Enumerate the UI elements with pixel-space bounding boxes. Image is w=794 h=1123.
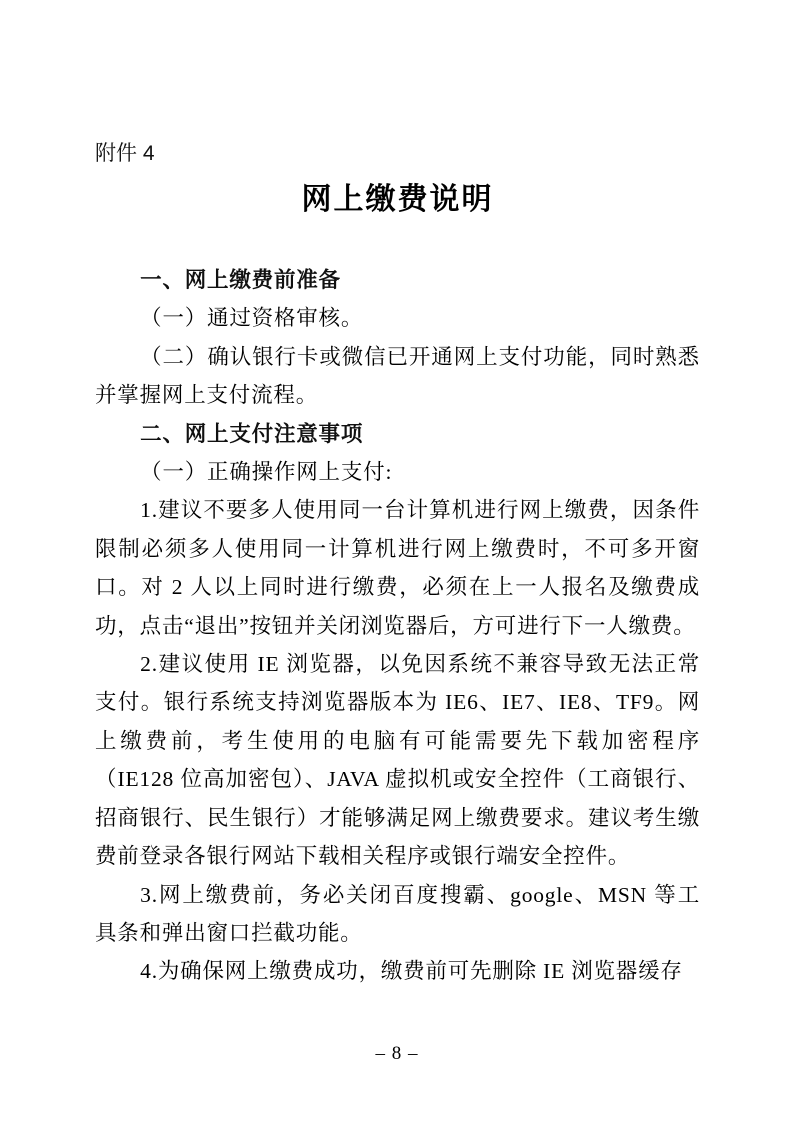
document-body: 一、网上缴费前准备 （一）通过资格审核。 （二）确认银行卡或微信已开通网上支付功… bbox=[95, 261, 700, 991]
document-page: 附件 4 网上缴费说明 一、网上缴费前准备 （一）通过资格审核。 （二）确认银行… bbox=[0, 0, 794, 1123]
section-heading-payment-notes: 二、网上支付注意事项 bbox=[95, 415, 700, 453]
paragraph-bank-card-confirm: （二）确认银行卡或微信已开通网上支付功能，同时熟悉并掌握网上支付流程。 bbox=[95, 338, 700, 415]
paragraph-note-4-clear-cache: 4.为确保网上缴费成功，缴费前可先删除 IE 浏览器缓存 bbox=[95, 952, 700, 990]
paragraph-note-2-ie-browser: 2.建议使用 IE 浏览器，以免因系统不兼容导致无法正常支付。银行系统支持浏览器… bbox=[95, 645, 700, 875]
paragraph-note-3-close-toolbars: 3.网上缴费前，务必关闭百度搜霸、google、MSN 等工具条和弹出窗口拦截功… bbox=[95, 876, 700, 953]
document-content: 附件 4 网上缴费说明 一、网上缴费前准备 （一）通过资格审核。 （二）确认银行… bbox=[95, 140, 700, 991]
paragraph-qualification-review: （一）通过资格审核。 bbox=[95, 299, 700, 337]
section-heading-preparation: 一、网上缴费前准备 bbox=[95, 261, 700, 299]
page-number: – 8 – bbox=[0, 1043, 794, 1065]
attachment-label: 附件 4 bbox=[95, 140, 700, 168]
paragraph-note-1-single-computer: 1.建议不要多人使用同一台计算机进行网上缴费，因条件限制必须多人使用同一计算机进… bbox=[95, 491, 700, 645]
paragraph-correct-operation: （一）正确操作网上支付: bbox=[95, 453, 700, 491]
document-title: 网上缴费说明 bbox=[95, 181, 700, 219]
